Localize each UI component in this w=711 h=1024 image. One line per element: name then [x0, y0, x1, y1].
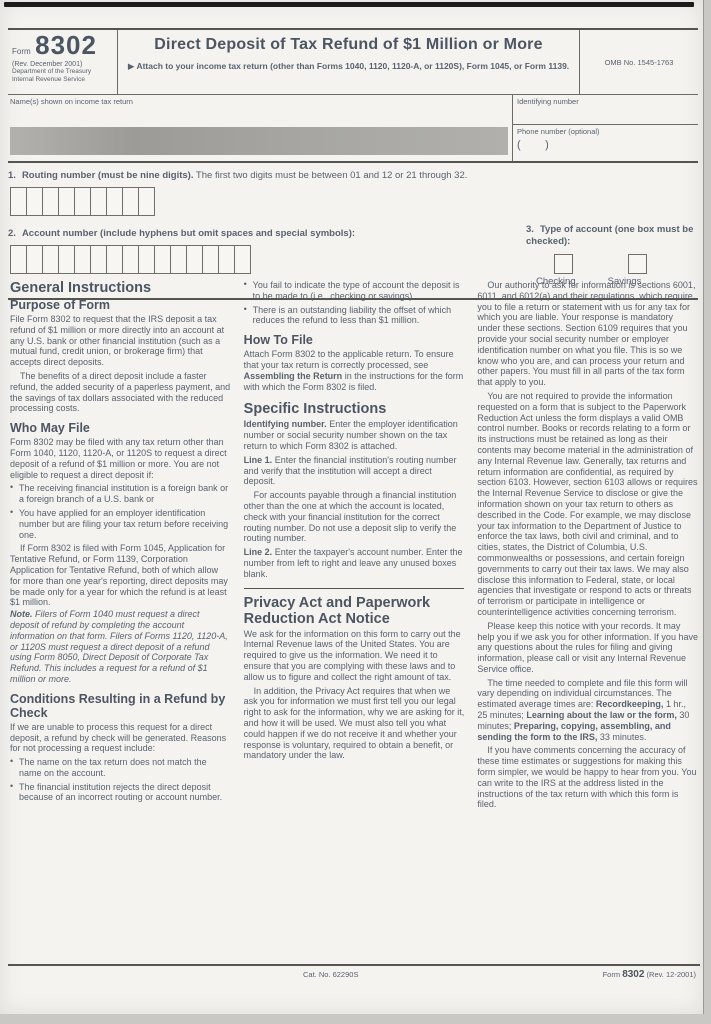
digit-box[interactable] [218, 245, 234, 274]
text-run: Enter the financial institution's routin… [244, 455, 457, 487]
digit-box[interactable] [58, 245, 74, 274]
text-run: Attach Form 8302 to the applicable retur… [244, 349, 454, 370]
name-label: Name(s) shown on income tax return [8, 95, 512, 125]
conditions-heading: Conditions Resulting in a Refund by Chec… [10, 692, 231, 720]
column-left: General Instructions Purpose of Form Fil… [10, 280, 231, 811]
footer-form-word: Form [603, 970, 621, 979]
form-header: Form 8302 (Rev. December 2001) Departmen… [8, 28, 698, 163]
column-divider [244, 588, 465, 589]
header-row-title: Form 8302 (Rev. December 2001) Departmen… [8, 30, 698, 95]
paragraph: If Form 8302 is filed with Form 1045, Ap… [10, 543, 231, 608]
digit-box[interactable] [138, 187, 155, 216]
general-instructions-heading: General Instructions [10, 280, 231, 296]
scanned-form-page: Form 8302 (Rev. December 2001) Departmen… [0, 0, 704, 1014]
digit-box[interactable] [10, 245, 26, 274]
line1-number: 1. [8, 170, 16, 181]
paragraph: For accounts payable through a financial… [244, 490, 465, 544]
form-word: Form [12, 47, 31, 56]
paragraph: File Form 8302 to request that the IRS d… [10, 314, 231, 368]
digit-box[interactable] [90, 187, 106, 216]
text-run: 33 minutes. [597, 732, 646, 742]
paragraph: Form 8302 may be filed with any tax retu… [10, 437, 231, 480]
paragraph: You are not required to provide the info… [477, 391, 698, 618]
bullet-item: The name on the tax return does not matc… [10, 757, 231, 779]
paragraph: In addition, the Privacy Act requires th… [244, 686, 465, 762]
text-run-bold: Learning about the law or the form, [526, 710, 677, 720]
digit-box[interactable] [106, 245, 122, 274]
paragraph: We ask for the information on this form … [244, 629, 465, 683]
bullet-item: You have applied for an employer identif… [10, 508, 231, 540]
specific-instructions-heading: Specific Instructions [244, 401, 465, 417]
line1-label-bold: Routing number (must be nine digits). [22, 170, 194, 181]
paragraph: The time needed to complete and file thi… [477, 678, 698, 743]
paragraph: If you have comments concerning the accu… [477, 745, 698, 810]
digit-box[interactable] [74, 245, 90, 274]
routing-number-boxes[interactable] [10, 187, 698, 216]
checking-checkbox[interactable] [554, 254, 573, 274]
note-paragraph: Note. Filers of Form 1040 must request a… [10, 609, 231, 685]
column-middle: You fail to indicate the type of account… [244, 280, 465, 811]
line2-lead: Line 2. [244, 547, 273, 557]
scan-edge-bar [4, 2, 694, 7]
paragraph: Line 1. Enter the financial institution'… [244, 455, 465, 487]
redacted-name-bar [10, 127, 508, 155]
bullet-item: You fail to indicate the type of account… [244, 280, 465, 302]
form-footer: Cat. No. 62290S Form 8302 (Rev. 12-2001) [8, 964, 700, 986]
footer-form-revision: (Rev. 12-2001) [647, 970, 696, 979]
text-run-bold: Assembling the Return [244, 371, 343, 381]
footer-form-id: Form 8302 (Rev. 12-2001) [603, 969, 696, 980]
account-type-block: 3.Type of account (one box must be check… [526, 224, 698, 288]
line1-lead: Line 1. [244, 455, 273, 465]
identifying-number-field[interactable]: Identifying number [512, 95, 698, 125]
agency-line-2: Internal Revenue Service [12, 76, 113, 84]
digit-box[interactable] [122, 245, 138, 274]
paragraph: Identifying number. Enter the employer i… [244, 419, 465, 451]
paragraph: If we are unable to process this request… [10, 722, 231, 754]
phone-parens[interactable]: ( ) [517, 139, 694, 151]
who-may-file-heading: Who May File [10, 421, 231, 435]
right-arrow-icon: ▶ [128, 61, 135, 71]
digit-box[interactable] [122, 187, 138, 216]
catalog-number: Cat. No. 62290S [303, 970, 358, 979]
digit-box[interactable] [26, 245, 42, 274]
digit-box[interactable] [154, 245, 170, 274]
footer-form-number: 8302 [622, 969, 644, 980]
note-body: Filers of Form 1040 must request a direc… [10, 609, 228, 684]
purpose-of-form-heading: Purpose of Form [10, 298, 231, 312]
instructions: General Instructions Purpose of Form Fil… [10, 280, 698, 811]
header-row-values: Phone number (optional) ( ) [8, 125, 698, 161]
omb-number: OMB No. 1545-1763 [580, 30, 698, 94]
identifying-number-lead: Identifying number. [244, 419, 327, 429]
how-to-file-heading: How To File [244, 333, 465, 347]
phone-field[interactable]: Phone number (optional) ( ) [512, 125, 698, 161]
bullet-item: The receiving financial institution is a… [10, 483, 231, 505]
bullet-item: The financial institution rejects the di… [10, 782, 231, 804]
line2-label: 2.Account number (include hyphens but om… [8, 228, 526, 239]
digit-box[interactable] [106, 187, 122, 216]
form-number: 8302 [35, 30, 97, 60]
digit-box[interactable] [234, 245, 251, 274]
line1-label: 1.Routing number (must be nine digits). … [8, 170, 698, 181]
page-title: Direct Deposit of Tax Refund of $1 Milli… [126, 36, 571, 54]
privacy-act-heading: Privacy Act and Paperwork Reduction Act … [244, 595, 465, 627]
attach-text: Attach to your income tax return (other … [136, 61, 569, 71]
agency-line-1: Department of the Treasury [12, 68, 113, 76]
digit-box[interactable] [42, 245, 58, 274]
digit-box[interactable] [202, 245, 218, 274]
paragraph: Our authority to ask for information is … [477, 280, 698, 388]
digit-box[interactable] [170, 245, 186, 274]
line2-label-bold: Account number (include hyphens but omit… [22, 228, 355, 239]
paragraph: Attach Form 8302 to the applicable retur… [244, 349, 465, 392]
text-run-bold: Recordkeeping, [596, 699, 664, 709]
digit-box[interactable] [186, 245, 202, 274]
paragraph: The benefits of a direct deposit include… [10, 371, 231, 414]
column-right: Our authority to ask for information is … [477, 280, 698, 811]
paragraph: Line 2. Enter the taxpayer's account num… [244, 547, 465, 579]
digit-box[interactable] [58, 187, 74, 216]
digit-box[interactable] [74, 187, 90, 216]
line3-label-bold: Type of account (one box must be checked… [526, 224, 693, 247]
line2-number: 2. [8, 228, 16, 239]
form-id-block: Form 8302 (Rev. December 2001) Departmen… [8, 30, 118, 94]
digit-box[interactable] [90, 245, 106, 274]
line1-label-rest: The first two digits must be between 01 … [193, 170, 467, 181]
form-revision: (Rev. December 2001) [12, 61, 113, 68]
savings-checkbox[interactable] [628, 254, 647, 274]
line3-number: 3. [526, 224, 534, 235]
title-block: Direct Deposit of Tax Refund of $1 Milli… [118, 30, 580, 94]
phone-label: Phone number (optional) [517, 127, 694, 136]
paragraph: Please keep this notice with your record… [477, 621, 698, 675]
attach-instruction: ▶ Attach to your income tax return (othe… [126, 61, 571, 72]
note-lead: Note. [10, 609, 33, 619]
text-run: Enter the taxpayer's account number. Ent… [244, 547, 463, 579]
header-row-name: Name(s) shown on income tax return Ident… [8, 95, 698, 125]
digit-box[interactable] [138, 245, 154, 274]
digit-box[interactable] [26, 187, 42, 216]
digit-box[interactable] [42, 187, 58, 216]
bullet-item: There is an outstanding liability the of… [244, 305, 465, 327]
digit-box[interactable] [10, 187, 26, 216]
account-number-boxes[interactable] [10, 245, 526, 274]
name-field[interactable] [8, 125, 512, 161]
